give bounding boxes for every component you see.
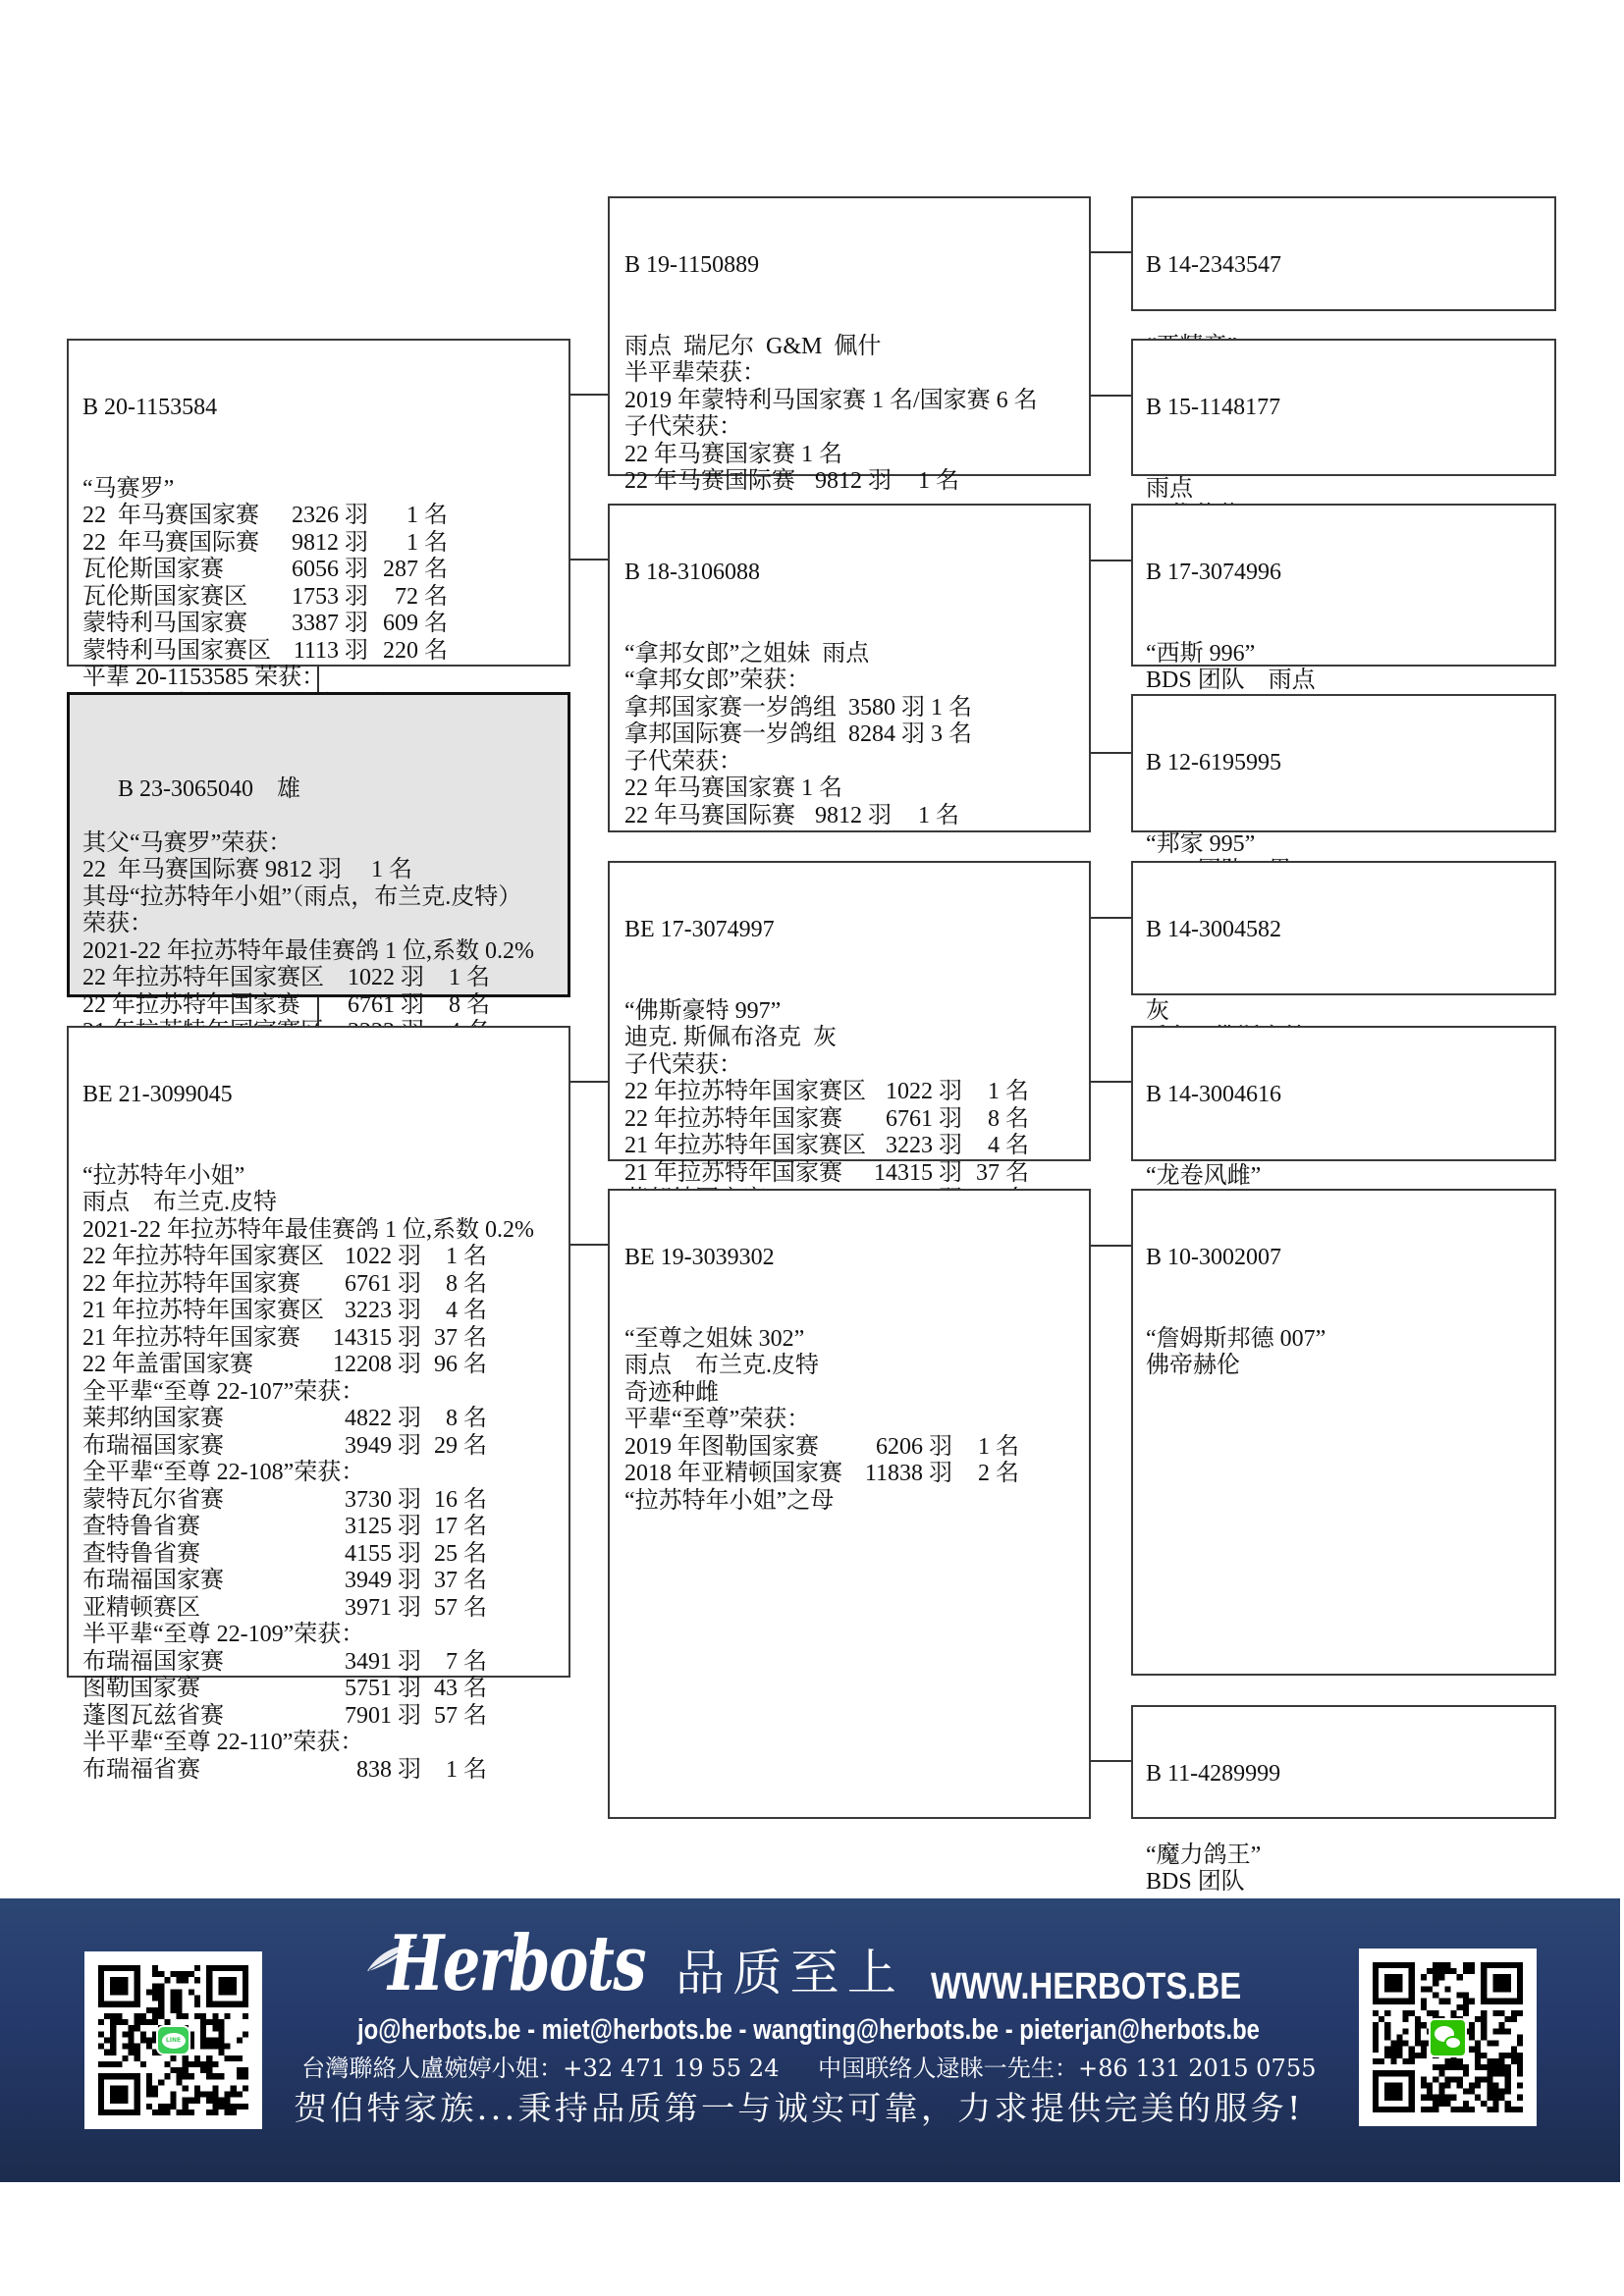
result-race: 瓦伦斯国家赛区 (82, 584, 247, 610)
text-line: “拉苏特年小姐”之母 (624, 1488, 1089, 1516)
connector-gen3 (1091, 395, 1131, 397)
result-row: 蒙特瓦尔省赛3730 羽16 名 (82, 1487, 568, 1515)
ring-number: BE 21-3099045 (82, 1082, 568, 1109)
result-row: 22 年马赛国际赛9812 羽1 名 (82, 530, 568, 558)
result-rank: 1 名 (446, 1757, 487, 1785)
result-rank: 1 名 (918, 468, 959, 496)
result-row: 21 年拉苏特年国家赛14315 羽37 名 (82, 1325, 568, 1353)
qr-code-line: LINE (84, 1951, 262, 2129)
text-line: “西斯 996” (1146, 641, 1554, 668)
dam-dam-sire-details: “詹姆斯邦德 007”佛帝赫伦 (1146, 1326, 1554, 1380)
result-birds: 3949 羽 (345, 1568, 421, 1595)
result-race: 亚精顿赛区 (82, 1595, 200, 1621)
text-line: 2021-22 年拉苏特年最佳赛鸽 1 位,系数 0.2% (82, 938, 568, 966)
text-line: 半平辈荣获： (624, 360, 1089, 388)
result-race: 21 年拉苏特年国家赛区 (82, 1298, 324, 1323)
subject-header: B 23-3065040雄 (82, 749, 568, 776)
text-line: 灰 (1146, 998, 1554, 1026)
result-rank: 29 名 (434, 1433, 487, 1461)
result-rank: 287 名 (383, 557, 448, 584)
text-line: “詹姆斯邦德 007” (1146, 1326, 1554, 1354)
sire-sire-box: B 19-1150889 雨点 瑞尼尔 G&M 佩什半平辈荣获：2019 年蒙特… (608, 196, 1091, 476)
result-rank: 4 名 (988, 1133, 1029, 1160)
result-rank: 17 名 (434, 1514, 487, 1541)
result-rank: 37 名 (434, 1568, 487, 1595)
result-row: 22 年拉苏特年国家赛6761 羽8 名 (624, 1106, 1089, 1134)
sire-sire-sire-box: B 14-2343547 “亚精帝”雨点雄 (1131, 196, 1556, 311)
sire-dam-sire-box: B 17-3074996 “西斯 996”BDS 团队 雨点孙代荣获：22 年马… (1131, 504, 1556, 667)
connector-sire-subject (317, 667, 319, 692)
result-rank: 8 名 (988, 1106, 1029, 1134)
result-birds: 9812 羽 (292, 530, 368, 558)
result-rank: 1 名 (446, 1244, 487, 1271)
result-row: 22 年马赛国际赛9812 羽1 名 (624, 468, 1089, 496)
result-row: 查特鲁省赛3125 羽17 名 (82, 1514, 568, 1541)
result-row: 图勒国家赛5751 羽43 名 (82, 1676, 568, 1703)
text-line: 子代荣获： (624, 749, 1089, 776)
text-line: 其父“马赛罗”荣获： (82, 830, 568, 858)
result-row: 布瑞福省赛838 羽1 名 (82, 1757, 568, 1785)
result-birds: 9812 羽 (815, 468, 892, 496)
ring-number: B 14-3004616 (1146, 1082, 1554, 1109)
result-row: 2018 年亚精顿国家赛11838 羽2 名 (624, 1461, 1089, 1488)
result-row: 22 年拉苏特年国家赛区1022 羽1 名 (624, 1079, 1089, 1106)
result-row: 21 年拉苏特年国家赛区3223 羽4 名 (82, 1298, 568, 1325)
result-row: 22 年盖雷国家赛12208 羽96 名 (82, 1352, 568, 1379)
result-rank: 4 名 (446, 1298, 487, 1325)
result-rank: 57 名 (434, 1703, 487, 1731)
result-row: 2019 年图勒国家赛6206 羽1 名 (624, 1434, 1089, 1462)
line-icon: LINE (156, 2025, 190, 2056)
result-birds: 3387 羽 (292, 611, 368, 638)
result-birds: 6761 羽 (886, 1106, 962, 1134)
connector-gen3 (1091, 251, 1131, 253)
result-race: 22 年马赛国际赛 (624, 468, 795, 494)
result-race: 蒙特利马国家赛 (82, 611, 247, 636)
result-race: 图勒国家赛 (82, 1676, 200, 1701)
text-line: 子代荣获： (624, 1052, 1089, 1080)
ring-number: B 20-1153584 (82, 395, 568, 422)
result-birds: 3949 羽 (345, 1433, 421, 1461)
result-rank: 8 名 (446, 1271, 487, 1299)
result-rank: 220 名 (383, 638, 448, 666)
result-rank: 16 名 (434, 1487, 487, 1515)
result-birds: 1022 羽 (886, 1079, 962, 1106)
result-birds: 6056 羽 (292, 557, 368, 584)
text-line: 22 年马赛国际赛 9812 羽 1 名 (82, 857, 568, 884)
result-birds: 1022 羽 (348, 965, 424, 992)
result-birds: 4822 羽 (345, 1406, 421, 1433)
dam-box: BE 21-3099045 “拉苏特年小姐”雨点 布兰克.皮特2021-22 年… (67, 1026, 570, 1678)
result-rank: 57 名 (434, 1595, 487, 1623)
result-race: 22 年拉苏特年国家赛区 (82, 1244, 324, 1269)
text-line: BDS 团队 (1146, 1869, 1554, 1896)
text-line: 拿邦国家赛一岁鸽组 3580 羽 1 名 (624, 695, 1089, 722)
result-race: 布瑞福省赛 (82, 1757, 200, 1783)
result-rank: 1 名 (406, 530, 448, 558)
dam-dam-dam-details: “魔力鸽王”BDS 团队 (1146, 1842, 1554, 1896)
result-race: 2018 年亚精顿国家赛 (624, 1461, 842, 1486)
result-row: 布瑞福国家赛3949 羽37 名 (82, 1568, 568, 1595)
ring-number: BE 19-3039302 (624, 1245, 1089, 1272)
result-row: 蓬图瓦兹省赛7901 羽57 名 (82, 1703, 568, 1731)
result-birds: 14315 羽 (874, 1160, 962, 1188)
text-line: “龙卷风雌” (1146, 1163, 1554, 1191)
result-race: 21 年拉苏特年国家赛 (624, 1160, 842, 1186)
ring-number: B 17-3074996 (1146, 560, 1554, 587)
result-race: 莱邦纳国家赛 (82, 1406, 224, 1431)
ring-number: B 14-3004582 (1146, 917, 1554, 944)
result-row: 瓦伦斯国家赛区1753 羽72 名 (82, 584, 568, 612)
text-line: “佛斯豪特 997” (624, 998, 1089, 1026)
result-race: 布瑞福国家赛 (82, 1649, 224, 1675)
result-rank: 25 名 (434, 1541, 487, 1569)
text-line: 平辈 20-1153585 荣获： (82, 665, 568, 692)
result-race: 蒙特利马国家赛区 (82, 638, 271, 664)
result-rank: 1 名 (406, 503, 448, 530)
result-row: 22 年拉苏特年国家赛6761 羽8 名 (82, 992, 568, 1020)
result-birds: 6761 羽 (348, 992, 424, 1020)
ring-number: BE 17-3074997 (624, 917, 1089, 944)
result-rank: 8 名 (449, 992, 490, 1020)
text-line: 半平辈“至尊 22-110”荣获： (82, 1730, 568, 1757)
result-rank: 37 名 (976, 1160, 1029, 1188)
dam-details: “拉苏特年小姐”雨点 布兰克.皮特2021-22 年拉苏特年最佳赛鸽 1 位,系… (82, 1163, 568, 1785)
result-birds: 3971 羽 (345, 1595, 421, 1623)
result-race: 22 年马赛国际赛 (624, 803, 795, 828)
result-race: 蒙特瓦尔省赛 (82, 1487, 224, 1513)
ring-number: B 11-4289999 (1146, 1761, 1554, 1789)
sire-box: B 20-1153584 “马赛罗”22 年马赛国家赛2326 羽1 名22 年… (67, 339, 570, 667)
result-rank: 37 名 (434, 1325, 487, 1353)
result-race: 瓦伦斯国家赛 (82, 557, 224, 582)
sire-dam-dam-box: B 12-6195995 “邦家 995”BDS 团队 黑孙代荣获：22 年马赛… (1131, 694, 1556, 832)
result-row: 22 年拉苏特年国家赛6761 羽8 名 (82, 1271, 568, 1299)
result-row: 布瑞福国家赛3491 羽7 名 (82, 1649, 568, 1677)
result-race: 布瑞福国家赛 (82, 1568, 224, 1593)
text-line: 奇迹种雌 (624, 1380, 1089, 1408)
result-birds: 9812 羽 (815, 803, 892, 830)
result-birds: 7901 羽 (345, 1703, 421, 1731)
qr-code-wechat (1359, 1949, 1537, 2126)
result-birds: 5751 羽 (345, 1676, 421, 1703)
text-line: 22 年马赛国家赛 1 名 (624, 775, 1089, 803)
result-birds: 3730 羽 (345, 1487, 421, 1515)
text-line: 雨点 布兰克.皮特 (82, 1190, 568, 1217)
text-line: 全平辈“至尊 22-107”荣获： (82, 1379, 568, 1407)
result-row: 查特鲁省赛4155 羽25 名 (82, 1541, 568, 1569)
result-race: 蓬图瓦兹省赛 (82, 1703, 224, 1729)
result-birds: 4155 羽 (345, 1541, 421, 1569)
connector-dam-to-dam-dam (570, 1244, 608, 1246)
result-row: 21 年拉苏特年国家赛14315 羽37 名 (624, 1160, 1089, 1188)
result-rank: 1 名 (918, 803, 959, 830)
result-rank: 72 名 (395, 584, 448, 612)
result-race: 21 年拉苏特年国家赛区 (624, 1133, 866, 1158)
text-line: “魔力鸽王” (1146, 1842, 1554, 1870)
result-birds: 3223 羽 (886, 1133, 962, 1160)
result-rank: 96 名 (434, 1352, 487, 1379)
result-birds: 14315 羽 (333, 1325, 421, 1353)
result-race: 查特鲁省赛 (82, 1541, 200, 1567)
ring-number: B 14-2343547 (1146, 252, 1554, 280)
text-line: “马赛罗” (82, 476, 568, 504)
result-birds: 11838 羽 (865, 1461, 952, 1488)
result-race: 22 年拉苏特年国家赛 (82, 992, 300, 1018)
result-row: 22 年马赛国际赛9812 羽1 名 (624, 803, 1089, 830)
connector-gen3 (1091, 752, 1131, 754)
line-icon-label: LINE (162, 2033, 186, 2049)
result-rank: 43 名 (434, 1676, 487, 1703)
result-birds: 3491 羽 (345, 1649, 421, 1677)
result-row: 22 年拉苏特年国家赛区1022 羽1 名 (82, 965, 568, 992)
result-birds: 6761 羽 (345, 1271, 421, 1299)
dam-dam-box: BE 19-3039302 “至尊之姐妹 302”雨点 布兰克.皮特奇迹种雌平辈… (608, 1189, 1091, 1819)
result-row: 莱邦纳国家赛4822 羽8 名 (82, 1406, 568, 1433)
text-line: 2019 年蒙特利马国家赛 1 名/国家赛 6 名 (624, 388, 1089, 415)
wechat-icon (1429, 2018, 1467, 2057)
result-race: 22 年马赛国际赛 (82, 530, 259, 556)
result-rank: 609 名 (383, 611, 448, 638)
connector-sire-to-sire-dam (570, 559, 608, 561)
result-row: 21 年拉苏特年国家赛区3223 羽4 名 (624, 1133, 1089, 1160)
connector-subject-dam (317, 997, 319, 1026)
result-rank: 8 名 (446, 1406, 487, 1433)
result-row: 瓦伦斯国家赛6056 羽287 名 (82, 557, 568, 584)
text-line: BDS 团队 雨点 (1146, 667, 1554, 695)
text-line: 雨点 瑞尼尔 G&M 佩什 (624, 334, 1089, 361)
ring-number: B 15-1148177 (1146, 395, 1554, 422)
connector-gen3 (1091, 1760, 1131, 1762)
result-race: 22 年拉苏特年国家赛区 (82, 965, 324, 990)
sire-dam-box: B 18-3106088 “拿邦女郎”之姐妹 雨点“拿邦女郎”荣获：拿邦国家赛一… (608, 504, 1091, 832)
dam-dam-sire-box: B 10-3002007 “詹姆斯邦德 007”佛帝赫伦 (1131, 1189, 1556, 1676)
result-race: 22 年马赛国家赛 (82, 503, 259, 528)
connector-sire-to-sire-sire (570, 394, 608, 396)
website-text: WWW.HERBOTS.BE (931, 1967, 1241, 2006)
text-line: 迪克. 斯佩布洛克 灰 (624, 1025, 1089, 1052)
result-race: 22 年拉苏特年国家赛 (82, 1271, 300, 1297)
dam-sire-sire-box: B 14-3004582 灰乔尔 • 佛斯豪特 (1131, 861, 1556, 995)
ring-number: B 10-3002007 (1146, 1245, 1554, 1272)
connector-dam-to-dam-sire (570, 1081, 608, 1083)
connector-gen3 (1091, 560, 1131, 561)
text-line: “拿邦女郎”荣获： (624, 667, 1089, 695)
text-line: 佛帝赫伦 (1146, 1353, 1554, 1380)
sire-dam-details: “拿邦女郎”之姐妹 雨点“拿邦女郎”荣获：拿邦国家赛一岁鸽组 3580 羽 1 … (624, 641, 1089, 830)
text-line: 半平辈“至尊 22-109”荣获： (82, 1622, 568, 1649)
text-line: 其母“拉苏特年小姐”（雨点，布兰克.皮特） (82, 884, 568, 912)
ring-number: B 23-3065040 (118, 776, 253, 802)
result-row: 蒙特利马国家赛区1113 羽220 名 (82, 638, 568, 666)
dam-sire-box: BE 17-3074997 “佛斯豪特 997”迪克. 斯佩布洛克 灰子代荣获：… (608, 861, 1091, 1161)
result-race: 2019 年图勒国家赛 (624, 1434, 819, 1460)
ring-number: B 19-1150889 (624, 252, 1089, 280)
text-line: 平辈“至尊”荣获： (624, 1407, 1089, 1434)
result-row: 22 年拉苏特年国家赛区1022 羽1 名 (82, 1244, 568, 1271)
result-rank: 2 名 (978, 1461, 1019, 1488)
text-line: 雨点 布兰克.皮特 (624, 1353, 1089, 1380)
result-row: 亚精顿赛区3971 羽57 名 (82, 1595, 568, 1623)
result-rank: 1 名 (449, 965, 490, 992)
text-line: 22 年马赛国家赛 1 名 (624, 442, 1089, 469)
result-birds: 1113 羽 (294, 638, 368, 666)
result-race: 布瑞福国家赛 (82, 1433, 224, 1459)
result-birds: 1022 羽 (345, 1244, 421, 1271)
text-line: 2021-22 年拉苏特年最佳赛鸽 1 位,系数 0.2% (82, 1217, 568, 1245)
result-birds: 3223 羽 (345, 1298, 421, 1325)
result-race: 22 年拉苏特年国家赛 (624, 1106, 842, 1132)
result-rank: 1 名 (988, 1079, 1029, 1106)
connector-gen3 (1091, 1245, 1131, 1247)
contact-china: 中国联络人逯睐一先生：+86 131 2015 0755 (818, 2056, 1316, 2081)
text-line: “邦家 995” (1146, 831, 1554, 859)
result-race: 22 年盖雷国家赛 (82, 1352, 253, 1377)
result-birds: 838 羽 (356, 1757, 421, 1785)
result-birds: 3125 羽 (345, 1514, 421, 1541)
result-birds: 2326 羽 (292, 503, 368, 530)
dam-sire-dam-box: B 14-3004616 “龙卷风雌”乔尔 • 佛斯豪特 (1131, 1026, 1556, 1161)
result-row: 布瑞福国家赛3949 羽29 名 (82, 1433, 568, 1461)
result-race: 查特鲁省赛 (82, 1514, 200, 1539)
result-race: 22 年拉苏特年国家赛区 (624, 1079, 866, 1104)
text-line: “至尊之姐妹 302” (624, 1326, 1089, 1354)
result-row: 22 年马赛国家赛2326 羽1 名 (82, 503, 568, 530)
brand-logo: Herbots (388, 1920, 645, 2008)
result-birds: 6206 羽 (876, 1434, 952, 1462)
text-line: 全平辈“至尊 22-108”荣获： (82, 1460, 568, 1487)
result-rank: 1 名 (978, 1434, 1019, 1462)
text-line: 雨点 (1146, 476, 1554, 504)
result-birds: 1753 羽 (292, 584, 368, 612)
contact-taiwan: 台灣聯絡人盧婉婷小姐：+32 471 19 55 24 (301, 2056, 780, 2081)
ring-number: B 18-3106088 (624, 560, 1089, 587)
subject-box: B 23-3065040雄 其父“马赛罗”荣获：22 年马赛国际赛 9812 羽… (67, 692, 570, 997)
result-rank: 7 名 (446, 1649, 487, 1677)
result-birds: 12208 羽 (333, 1352, 421, 1379)
wechat-bubble (1444, 2036, 1462, 2050)
email-addresses: jo@herbots.be - miet@herbots.be - wangti… (357, 2015, 1260, 2045)
dam-dam-dam-box: B 11-4289999 “魔力鸽王”BDS 团队 (1131, 1705, 1556, 1819)
text-line: “拿邦女郎”之姐妹 雨点 (624, 641, 1089, 668)
text-line: “拉苏特年小姐” (82, 1163, 568, 1191)
connector-gen3 (1091, 917, 1131, 919)
brand-tagline: 品质至上 (676, 1948, 904, 1999)
result-race: 21 年拉苏特年国家赛 (82, 1325, 300, 1351)
dam-dam-details: “至尊之姐妹 302”雨点 布兰克.皮特奇迹种雌平辈“至尊”荣获：2019 年图… (624, 1326, 1089, 1516)
result-row: 蒙特利马国家赛3387 羽609 名 (82, 611, 568, 638)
slogan-text: 贺伯特家族...秉持品质第一与诚实可靠，力求提供完美的服务! (294, 2090, 1304, 2127)
text-line: 荣获： (82, 911, 568, 938)
sex-label: 雄 (277, 776, 300, 802)
sire-sire-dam-box: B 15-1148177 雨点子代荣获：19 年蒙特利马国家赛 1 名 (1131, 339, 1556, 476)
sire-sire-details: 雨点 瑞尼尔 G&M 佩什半平辈荣获：2019 年蒙特利马国家赛 1 名/国家赛… (624, 334, 1089, 496)
text-line: 拿邦国际赛一岁鸽组 8284 羽 3 名 (624, 721, 1089, 749)
connector-gen3 (1091, 1081, 1131, 1083)
ring-number: B 12-6195995 (1146, 750, 1554, 777)
text-line: 子代荣获： (624, 414, 1089, 442)
